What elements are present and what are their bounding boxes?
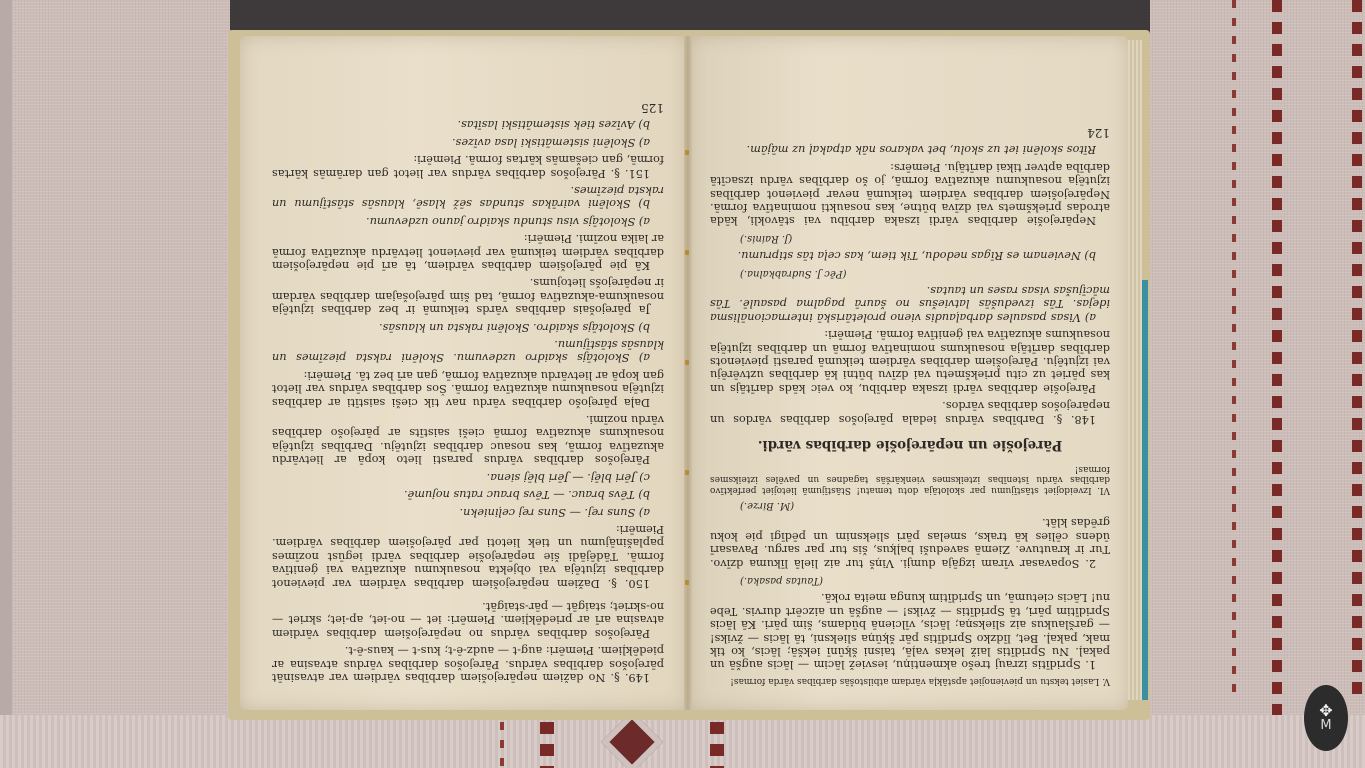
example: b) Skolotājs skaidro. Skolēni raksta un … [272,320,664,333]
left-page: 149. §. No dažiem nepārejošiem darbības … [240,36,687,710]
paragraph-151: 151. §. Pārejošos darbības vārdus var li… [272,153,664,180]
folk-flower-icon: ✥ [1319,703,1332,719]
source-citation: (J. Rainis.) [740,231,1110,244]
paragraph: Daļa pārejošo darbības vārdu nav tik cie… [272,368,664,408]
woven-border [0,715,1365,768]
example: a) Visas pasaules darbaļaudis vieno prol… [710,284,1110,324]
paragraph-150: 150. §. Dažiem nepārejošiem darbības vār… [272,523,664,590]
binding-stitch [685,580,689,585]
paragraph: Pārejošos darbības vārdus parasti lieto … [272,413,664,467]
example: Rītos skolēni iet uz skolu, bet vakaros … [710,143,1110,156]
paragraph: Kā pie pārejošiem darbības vārdiem, tā a… [272,232,664,272]
binding-stitch [685,250,689,255]
paragraph: Pārejošie darbības vārdi izsaka darbību,… [710,328,1110,395]
page-number: 125 [272,101,664,114]
example: c) Jēri blēj. — Jēri blēj siena. [272,470,664,483]
paragraph-149b: Pārejošos darbības vārdus no nepārejošie… [272,600,664,640]
exercise-v: V. Lasiet tekstu un pievienojiet apstākļ… [710,676,1110,687]
source-citation: (Pēc J. Sudrabkalna.) [740,266,1110,279]
woven-stripe [710,722,724,768]
book-gutter [684,36,692,710]
paragraph: Ja pārejošais darbības vārds teikumā ir … [272,276,664,316]
example: b) Nevienam es Rīgas nedodu, Tik tiem, k… [710,249,1110,262]
source-citation: (M. Birze.) [740,499,1110,512]
source-citation: (Tautas pasaka.) [740,574,1110,587]
binding-stitch [685,470,689,475]
exercise-text-1: 1. Spridītis izrauj trešo akmentiņu, ies… [710,591,1110,671]
right-page-text: V. Lasiet tekstu un pievienojiet apstākļ… [710,56,1110,686]
example: a) Skolotājs visu stundu skaidro jauno u… [272,214,664,227]
left-page-text: 149. §. No dažiem nepārejošiem darbības … [272,54,664,684]
example: a) Skolēni sistemātiski lasa avīzes. [272,135,664,148]
example: a) Skolotājs skaidro uzdevumu. Skolēni r… [272,338,664,365]
binding-stitch [685,360,689,365]
example: a) Suns rej. — Suns rej ceļiniekn. [272,505,664,518]
woven-stripe [1352,0,1362,700]
woven-stripe [1232,0,1236,700]
page-number: 124 [710,126,1110,139]
example: b) Tēvs brauc. — Tēvs brauc ratus nojumē… [272,488,664,501]
binding-stitch [685,150,689,155]
watermark-logo: ✥ M [1304,685,1348,751]
woven-stripe [1272,0,1282,720]
paragraph-148: 148. §. Darbības vārdus iedala pārejošos… [710,399,1110,426]
woven-stripe [540,722,554,768]
example: b) Avīzes tiek sistemātiski lasītas. [272,118,664,131]
right-page: V. Lasiet tekstu un pievienojiet apstākļ… [688,36,1128,710]
example: b) Skolēni vairākas stundas sēž klasē, k… [272,184,664,211]
woven-stripe [500,722,504,768]
exercise-text-2: 2. Sopavasar vīram izgāja dumji. Viņš tu… [710,516,1110,570]
monogram: M [1320,719,1331,733]
paragraph-149: 149. §. No dažiem nepārejošiem darbības … [272,644,664,684]
tablecloth-edge [0,0,12,768]
section-heading: Pārejošie un nepārejošie darbības vārdi. [710,438,1110,451]
paragraph: Nepārejošie darbības vārdi izsaka darbīb… [710,160,1110,227]
exercise-vi: VI. Izveidojiet stāstījumu par skolotāja… [710,463,1110,495]
